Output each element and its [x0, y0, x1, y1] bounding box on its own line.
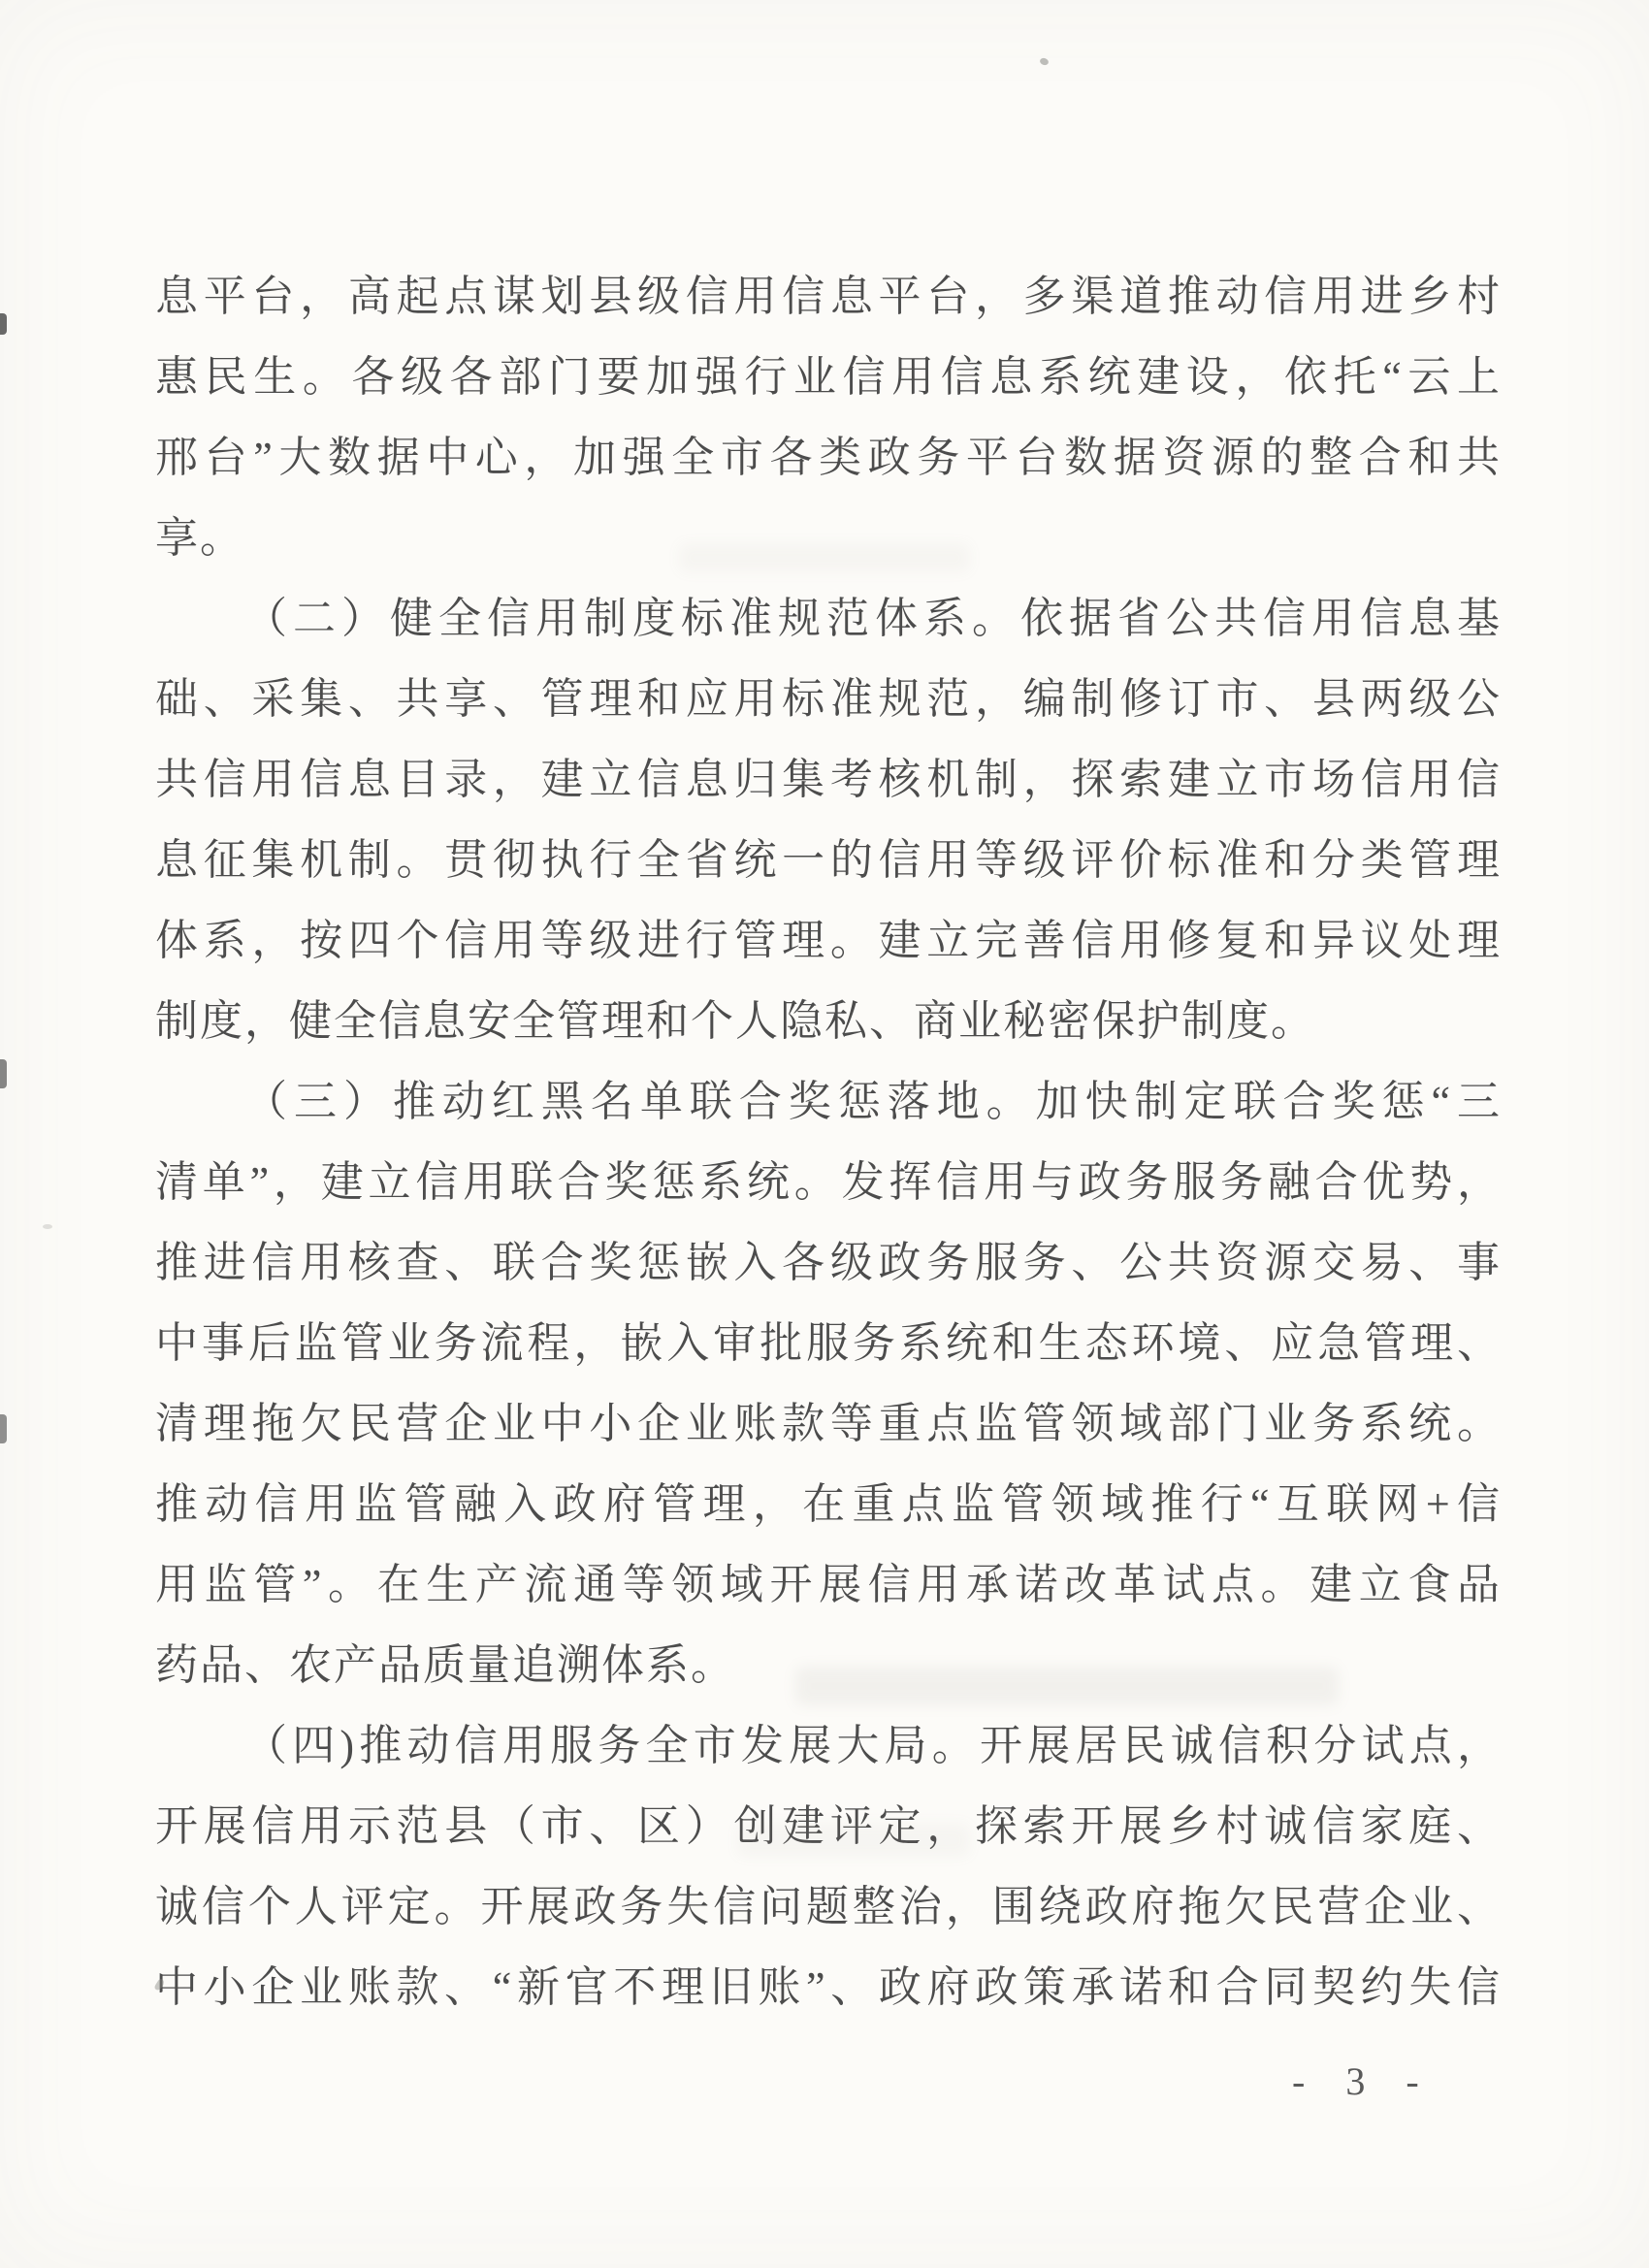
text-line: 用监管”。在生产流通等领域开展信用承诺改革试点。建立食品 — [155, 1544, 1500, 1625]
text-line: 药品、农产品质量追溯体系。 — [155, 1625, 1500, 1705]
document-body: 息平台，高起点谋划县级信用信息平台，多渠道推动信用进乡村惠民生。各级各部门要加强… — [155, 256, 1500, 2027]
paragraph: （二）健全信用制度标准规范体系。依据省公共信用信息基础、采集、共享、管理和应用标… — [155, 578, 1500, 1061]
text-line: 制度，健全信息安全管理和个人隐私、商业秘密保护制度。 — [155, 981, 1500, 1061]
text-line: 清理拖欠民营企业中小企业账款等重点监管领域部门业务系统。 — [155, 1383, 1500, 1464]
text-line: （三）推动红黑名单联合奖惩落地。加快制定联合奖惩“三 — [155, 1061, 1500, 1142]
paragraph: （四)推动信用服务全市发展大局。开展居民诚信积分试点，开展信用示范县（市、区）创… — [155, 1705, 1500, 2027]
text-line: 息征集机制。贯彻执行全省统一的信用等级评价标准和分类管理 — [155, 820, 1500, 900]
scan-binding-mark — [0, 1059, 7, 1088]
text-line: 体系，按四个信用等级进行管理。建立完善信用修复和异议处理 — [155, 900, 1500, 981]
text-line: 清单”，建立信用联合奖惩系统。发挥信用与政务服务融合优势， — [155, 1142, 1500, 1222]
text-line: 中事后监管业务流程，嵌入审批服务系统和生态环境、应急管理、 — [155, 1303, 1500, 1383]
text-line: 共信用信息目录，建立信息归集考核机制，探索建立市场信用信 — [155, 739, 1500, 820]
paragraph: 息平台，高起点谋划县级信用信息平台，多渠道推动信用进乡村惠民生。各级各部门要加强… — [155, 256, 1500, 578]
text-line: （四)推动信用服务全市发展大局。开展居民诚信积分试点， — [155, 1705, 1500, 1786]
scan-speck — [1039, 57, 1050, 67]
text-line: 中小企业账款、“新官不理旧账”、政府政策承诺和合同契约失信 — [155, 1947, 1500, 2027]
scan-speck — [43, 1224, 52, 1229]
document-page: 息平台，高起点谋划县级信用信息平台，多渠道推动信用进乡村惠民生。各级各部门要加强… — [0, 0, 1649, 2268]
text-line: 息平台，高起点谋划县级信用信息平台，多渠道推动信用进乡村 — [155, 256, 1500, 337]
scan-binding-mark — [0, 313, 7, 335]
text-line: 享。 — [155, 498, 1500, 578]
page-number: - 3 - — [1292, 2055, 1467, 2109]
scan-binding-mark — [0, 1414, 7, 1443]
text-line: 推动信用监管融入政府管理，在重点监管领域推行“互联网+信 — [155, 1464, 1500, 1544]
text-line: （二）健全信用制度标准规范体系。依据省公共信用信息基 — [155, 578, 1500, 659]
text-line: 惠民生。各级各部门要加强行业信用信息系统建设，依托“云上 — [155, 337, 1500, 417]
text-line: 础、采集、共享、管理和应用标准规范，编制修订市、县两级公 — [155, 659, 1500, 739]
text-line: 开展信用示范县（市、区）创建评定，探索开展乡村诚信家庭、 — [155, 1786, 1500, 1866]
text-line: 诚信个人评定。开展政务失信问题整治，围绕政府拖欠民营企业、 — [155, 1866, 1500, 1947]
paragraph: （三）推动红黑名单联合奖惩落地。加快制定联合奖惩“三清单”，建立信用联合奖惩系统… — [155, 1061, 1500, 1705]
text-line: 推进信用核查、联合奖惩嵌入各级政务服务、公共资源交易、事 — [155, 1222, 1500, 1303]
text-line: 邢台”大数据中心，加强全市各类政务平台数据资源的整合和共 — [155, 417, 1500, 498]
